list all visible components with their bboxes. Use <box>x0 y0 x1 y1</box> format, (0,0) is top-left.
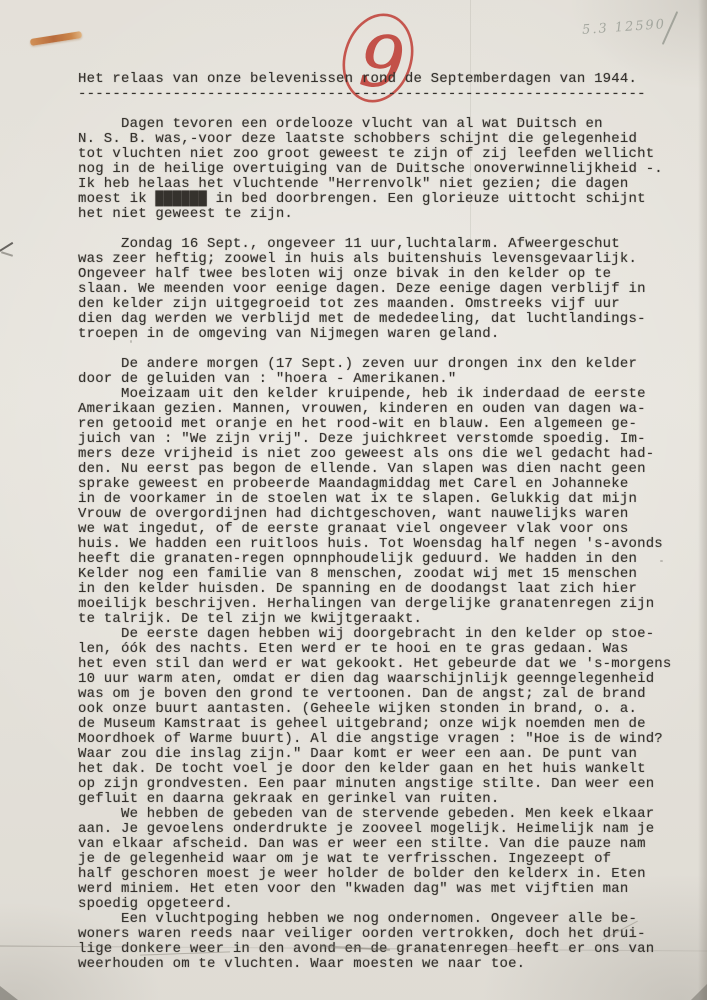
text-line <box>78 342 678 357</box>
text-line: weerhouden om te vluchten. Waar moesten … <box>78 957 678 972</box>
edge-smudge <box>1 251 13 257</box>
text-line: huis. We hadden een ruitloos huis. Tot W… <box>78 537 678 552</box>
text-line: den kelder zijn uitgegroeid tot zes maan… <box>78 297 678 312</box>
text-line: heeft die granaten-regen opnnphoudelijk … <box>78 552 678 567</box>
text-line: tot vluchten niet zoo groot geweest te z… <box>78 147 678 162</box>
text-line: het dak. De tocht voel je door den kelde… <box>78 762 678 777</box>
text-line: door de geluiden van : "hoera - Amerikan… <box>78 372 678 387</box>
text-line: aan. Je gevoelens onderdrukte je zooveel… <box>78 822 678 837</box>
text-line: moeilijk beschrijven. Herhalingen van de… <box>78 597 678 612</box>
text-line: was om je boven den grond te vertoonen. … <box>78 687 678 702</box>
text-line: Amerikaan gezien. Mannen, vrouwen, kinde… <box>78 402 678 417</box>
text-line: in den kelder huisden. De spanning en de… <box>78 582 678 597</box>
text-line: troepen in de omgeving van Nijmegen ware… <box>78 327 678 342</box>
text-line: woners waren reeds naar veiliger oorden … <box>78 927 678 942</box>
text-line: slaan. We meenden voor eenige dagen. Dez… <box>78 282 678 297</box>
text-line: het even stil dan werd er wat gekookt. H… <box>78 657 678 672</box>
text-line: ren getooid met oranje en het rood-wit e… <box>78 417 678 432</box>
text-line: We hebben de gebeden van de stervende ge… <box>78 807 678 822</box>
corner-shadow <box>691 984 707 1000</box>
text-line: van elkaar afscheid. Dan was er weer een… <box>78 837 678 852</box>
text-line: den. Nu eerst pas begon de ellende. Van … <box>78 462 678 477</box>
text-line: Moordhoek of Warme buurt). Al die angsti… <box>78 732 678 747</box>
text-line: we wat ingedut, of de eerste granaat vie… <box>78 522 678 537</box>
text-line: Ongeveer half twee besloten wij onze biv… <box>78 267 678 282</box>
scanned-document: { "annotations": { "page_number": "9", "… <box>0 0 707 1000</box>
text-line: Ik heb helaas het vluchtende "Herrenvolk… <box>78 177 678 192</box>
archive-reference-pencil: 5.3 12590 <box>582 17 667 38</box>
text-line: half geschoren moest je weer holder de b… <box>78 867 678 882</box>
text-line: Vrouw de overgordijnen had dichtgeschove… <box>78 507 678 522</box>
text-line: ook onze buurt aantasten. (Geheele wijke… <box>78 702 678 717</box>
corner-shadow <box>0 986 18 1000</box>
text-line: dien dag werden we verblijd met de meded… <box>78 312 678 327</box>
typewritten-text: Het relaas van onze belevenissen rond de… <box>78 72 678 972</box>
paper-edge <box>698 0 707 1000</box>
title-underline: ----------------------------------------… <box>78 87 678 102</box>
text-line: nog in de heilige overtuiging van de Dui… <box>78 162 678 177</box>
text-line: De andere morgen (17 Sept.) zeven uur dr… <box>78 357 678 372</box>
text-line: moest ik ██████ in bed doorbrengen. Een … <box>78 192 678 207</box>
text-line <box>78 222 678 237</box>
text-line: op zijn grondvesten. Een paar minuten an… <box>78 777 678 792</box>
text-line <box>78 102 678 117</box>
text-line: in de voorkamer in de stoelen wat ix te … <box>78 492 678 507</box>
text-line: gefluit en daarna gekraak en gerinkel va… <box>78 792 678 807</box>
text-line: De eerste dagen hebben wij doorgebracht … <box>78 627 678 642</box>
text-line: Dagen tevoren een ordelooze vlucht van a… <box>78 117 678 132</box>
text-line: werd miniem. Het eten voor den "kwaden d… <box>78 882 678 897</box>
text-line: je de gelegenheid waar om je wat te verf… <box>78 852 678 867</box>
text-line: Waar zou die inslag zijn." Daar komt er … <box>78 747 678 762</box>
text-line: het niet geweest te zijn. <box>78 207 678 222</box>
text-line: 10 uur warm aten, omdat er dien dag waar… <box>78 672 678 687</box>
document-body: Dagen tevoren een ordelooze vlucht van a… <box>78 102 678 972</box>
text-line: N. S. B. was,-voor deze laatste schobber… <box>78 132 678 147</box>
text-line: Moeizaam uit den kelder kruipende, heb i… <box>78 387 678 402</box>
text-line: de Museum Kamstraat is geheel uitgebrand… <box>78 717 678 732</box>
text-line: Zondag 16 Sept., ongeveer 11 uur,luchtal… <box>78 237 678 252</box>
text-line: spoedig opgeteerd. <box>78 897 678 912</box>
text-line: Kelder nog een familie van 8 menschen, z… <box>78 567 678 582</box>
text-line: mers deze vrijheid is niet zoo geweest a… <box>78 447 678 462</box>
text-line: juich van : "We zijn vrij". Deze juichkr… <box>78 432 678 447</box>
rust-stain <box>30 31 82 46</box>
text-line: te talrijk. De tel zijn we kwijtgeraakt. <box>78 612 678 627</box>
text-line: was zeer heftig; zoowel in huis als buit… <box>78 252 678 267</box>
text-line: len, óók des nachts. Eten werd er te hoo… <box>78 642 678 657</box>
document-title: Het relaas van onze belevenissen rond de… <box>78 72 678 87</box>
text-line: Een vluchtpoging hebben we nog ondernome… <box>78 912 678 927</box>
text-line: sprake geweest en probeerde Maandagmidda… <box>78 477 678 492</box>
